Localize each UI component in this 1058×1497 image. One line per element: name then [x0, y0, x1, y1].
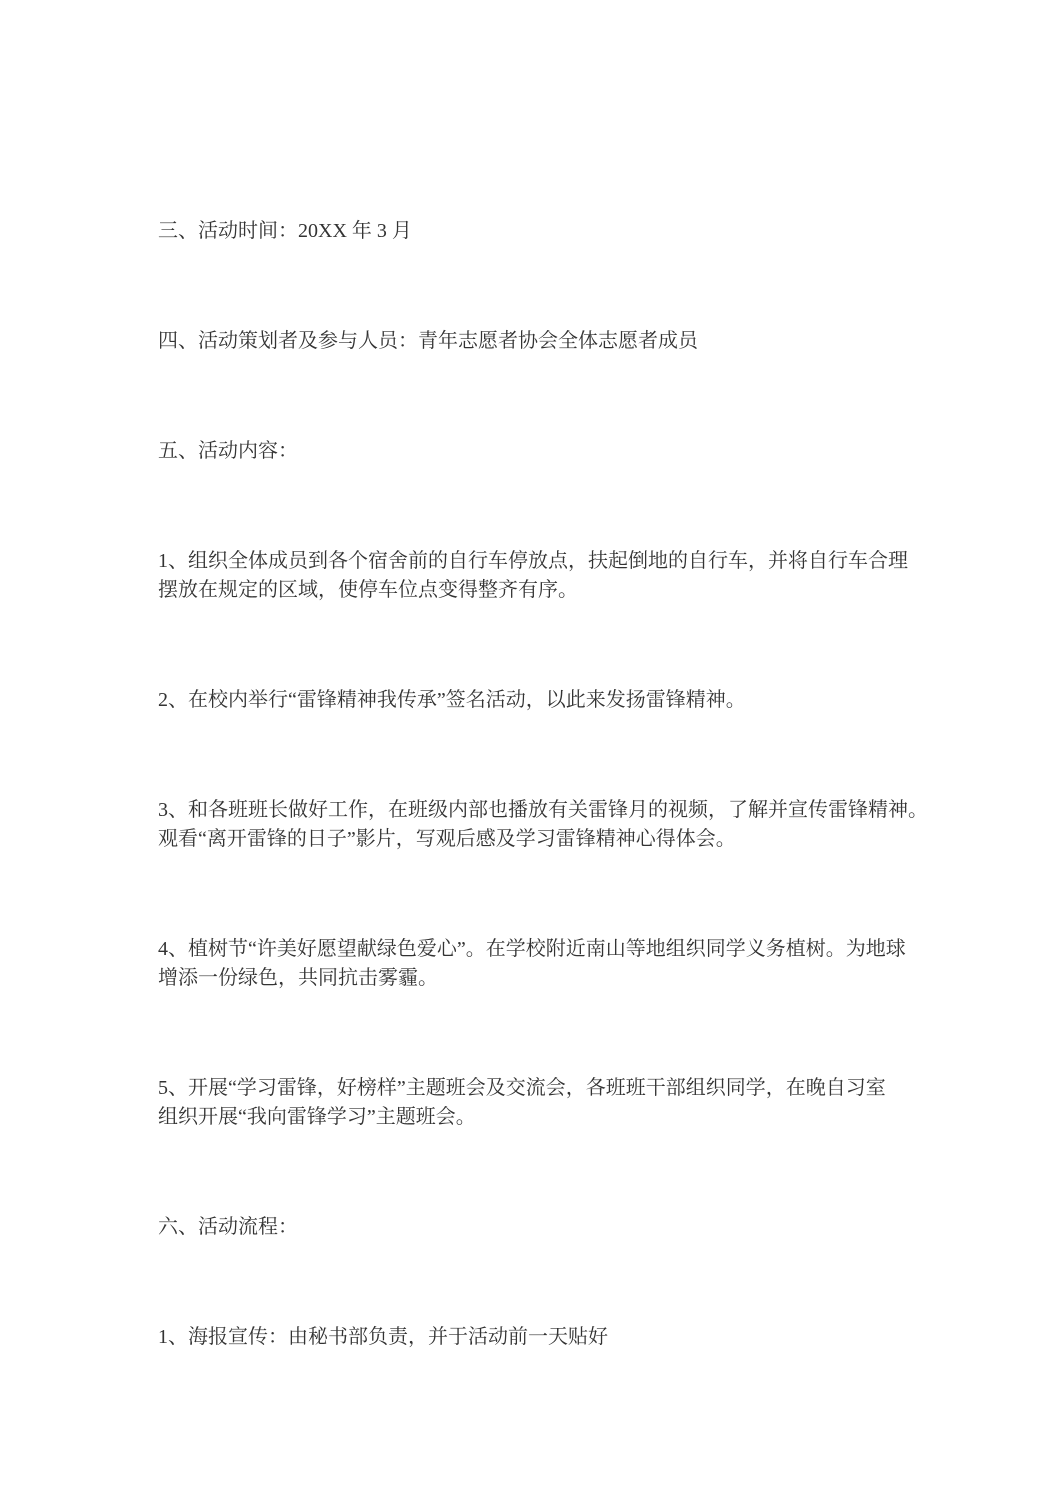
text-line: 六、活动流程：: [158, 1213, 918, 1242]
text-line: 1、组织全体成员到各个宿舍前的自行车停放点，扶起倒地的自行车，并将自行车合理: [158, 547, 918, 576]
content-item-4: 4、植树节“许美好愿望献绿色爱心”。在学校附近南山等地组织同学义务植树。为地球 …: [158, 935, 918, 993]
heading-activity-content: 五、活动内容：: [158, 437, 918, 466]
text-line: 五、活动内容：: [158, 437, 918, 466]
content-item-5: 5、开展“学习雷锋，好榜样”主题班会及交流会，各班班干部组织同学，在晚自习室 组…: [158, 1074, 918, 1132]
content-item-2: 2、在校内举行“雷锋精神我传承”签名活动，以此来发扬雷锋精神。: [158, 686, 918, 715]
text-line: 4、植树节“许美好愿望献绿色爱心”。在学校附近南山等地组织同学义务植树。为地球: [158, 935, 918, 964]
text-line: 四、活动策划者及参与人员：青年志愿者协会全体志愿者成员: [158, 327, 918, 356]
text-line: 1、海报宣传：由秘书部负责，并于活动前一天贴好: [158, 1323, 918, 1352]
text-line: 2、在校内举行“雷锋精神我传承”签名活动，以此来发扬雷锋精神。: [158, 686, 918, 715]
content-item-1: 1、组织全体成员到各个宿舍前的自行车停放点，扶起倒地的自行车，并将自行车合理 摆…: [158, 547, 918, 605]
heading-organizers-participants: 四、活动策划者及参与人员：青年志愿者协会全体志愿者成员: [158, 327, 918, 356]
text-line: 组织开展“我向雷锋学习”主题班会。: [158, 1103, 918, 1132]
content-item-3: 3、和各班班长做好工作，在班级内部也播放有关雷锋月的视频，了解并宣传雷锋精神。 …: [158, 796, 918, 854]
text-line: 5、开展“学习雷锋，好榜样”主题班会及交流会，各班班干部组织同学，在晚自习室: [158, 1074, 918, 1103]
heading-activity-process: 六、活动流程：: [158, 1213, 918, 1242]
text-line: 三、活动时间：20XX 年 3 月: [158, 217, 918, 246]
document-page: 三、活动时间：20XX 年 3 月 四、活动策划者及参与人员：青年志愿者协会全体…: [0, 0, 1058, 1497]
text-line: 增添一份绿色，共同抗击雾霾。: [158, 964, 918, 993]
text-line: 摆放在规定的区域，使停车位点变得整齐有序。: [158, 576, 918, 605]
text-line: 3、和各班班长做好工作，在班级内部也播放有关雷锋月的视频，了解并宣传雷锋精神。: [158, 796, 918, 825]
process-item-1: 1、海报宣传：由秘书部负责，并于活动前一天贴好: [158, 1323, 918, 1352]
text-line: 观看“离开雷锋的日子”影片，写观后感及学习雷锋精神心得体会。: [158, 825, 918, 854]
heading-activity-time: 三、活动时间：20XX 年 3 月: [158, 217, 918, 246]
